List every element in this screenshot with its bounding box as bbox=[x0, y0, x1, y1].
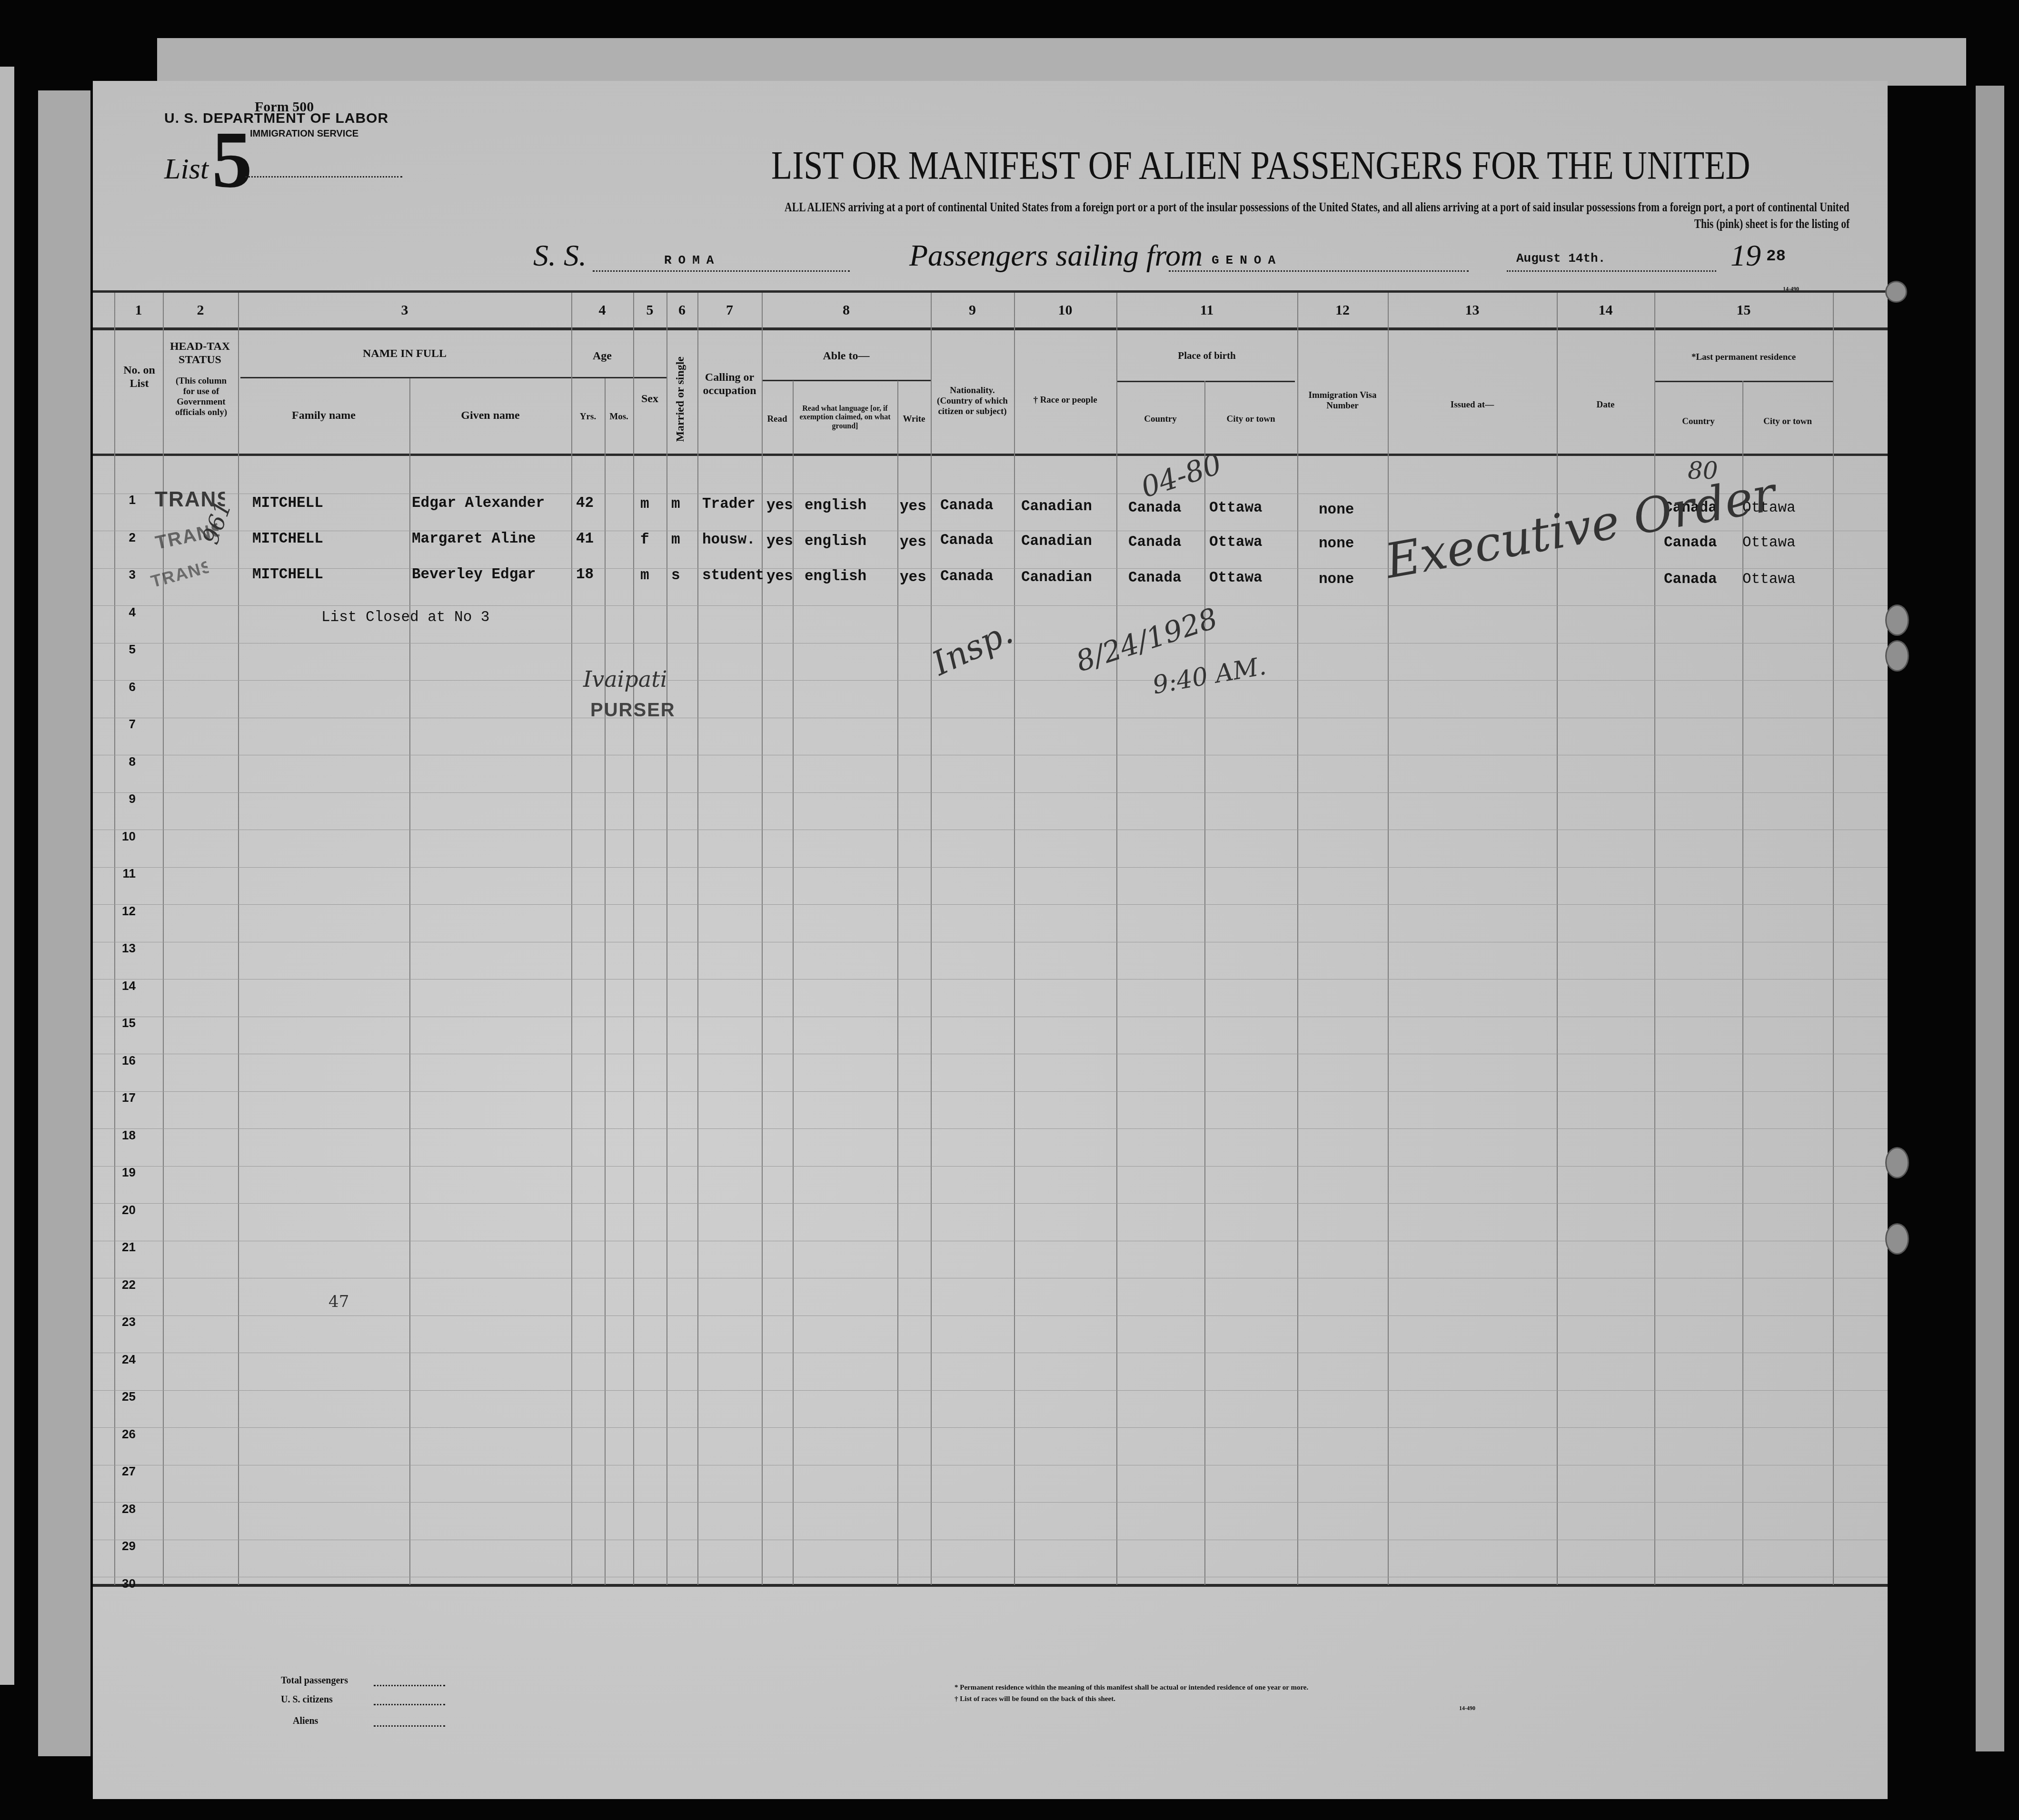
back-sheet-right bbox=[1976, 86, 2004, 1751]
row-line bbox=[93, 1278, 1888, 1278]
row-line bbox=[93, 680, 1888, 681]
language: english bbox=[805, 533, 866, 550]
col-divider bbox=[1204, 381, 1205, 1585]
header-name-in-full: NAME IN FULL bbox=[238, 347, 571, 361]
departure-port: GENOA bbox=[1212, 253, 1282, 267]
header-age-yrs: Yrs. bbox=[571, 412, 605, 422]
age-years: 42 bbox=[576, 495, 594, 512]
margin-number: 47 bbox=[328, 1292, 349, 1311]
footnote-residence: * Permanent residence within the meaning… bbox=[955, 1684, 1308, 1692]
total-passengers-line bbox=[374, 1685, 445, 1686]
birth-country: Canada bbox=[1128, 570, 1182, 586]
row-line bbox=[93, 904, 1888, 905]
inspection-time: 9:40 AM. bbox=[1151, 652, 1268, 700]
col-divider bbox=[1557, 293, 1558, 1585]
family-name: MITCHELL bbox=[252, 495, 323, 512]
sex: m bbox=[640, 567, 649, 584]
birth-city: Ottawa bbox=[1209, 500, 1263, 516]
service-label: IMMIGRATION SERVICE bbox=[250, 129, 358, 139]
header-given-name: Given name bbox=[409, 409, 571, 423]
race: Canadian bbox=[1021, 569, 1092, 586]
us-citizens-label: U. S. citizens bbox=[281, 1694, 333, 1705]
row-line bbox=[93, 1091, 1888, 1092]
row-line bbox=[93, 830, 1888, 830]
race: Canadian bbox=[1021, 533, 1092, 550]
page-title: LIST OR MANIFEST OF ALIEN PASSENGERS FOR… bbox=[771, 143, 1750, 189]
row-number: 13 bbox=[107, 941, 136, 956]
birth-sub-rule bbox=[1116, 381, 1295, 382]
row-number: 6 bbox=[107, 680, 136, 694]
nationality: Canada bbox=[940, 532, 994, 549]
col-num-7: 7 bbox=[697, 302, 762, 318]
col-divider bbox=[666, 293, 667, 1585]
executive-order-note: Executive Order bbox=[1381, 466, 1780, 589]
manifest-page: Form 500 U. S. DEPARTMENT OF LABOR IMMIG… bbox=[93, 81, 1888, 1799]
row-line bbox=[93, 792, 1888, 793]
family-name: MITCHELL bbox=[252, 531, 323, 547]
row-number: 10 bbox=[107, 829, 136, 844]
aliens-line bbox=[374, 1725, 445, 1727]
col-num-3: 3 bbox=[238, 302, 571, 318]
col-divider bbox=[1014, 293, 1015, 1585]
marital-status: m bbox=[671, 496, 680, 513]
given-name: Edgar Alexander bbox=[412, 495, 545, 512]
row-number: 26 bbox=[107, 1427, 136, 1442]
col-divider bbox=[605, 378, 606, 1585]
inspector-note: Insp. bbox=[926, 613, 1019, 683]
row-line bbox=[93, 1577, 1888, 1577]
visa-number: none bbox=[1319, 502, 1354, 518]
header-date: Date bbox=[1557, 400, 1654, 410]
residence-country: Canada bbox=[1664, 571, 1717, 588]
row-number: 12 bbox=[107, 904, 136, 919]
birth-city: Ottawa bbox=[1209, 534, 1263, 551]
name-sub-rule bbox=[240, 377, 666, 378]
header-no-on-list: No. on List bbox=[117, 364, 162, 390]
visa-number: none bbox=[1319, 535, 1354, 552]
row-number: 7 bbox=[107, 717, 136, 732]
row-line bbox=[93, 718, 1888, 718]
col-num-9: 9 bbox=[931, 302, 1014, 318]
col-num-14: 14 bbox=[1557, 302, 1654, 318]
list-label: List bbox=[164, 152, 209, 186]
col-divider bbox=[1742, 381, 1743, 1585]
sex: f bbox=[640, 532, 649, 548]
footer-code: 14-490 bbox=[1459, 1705, 1475, 1712]
row-number: 19 bbox=[107, 1165, 136, 1180]
row-number: 29 bbox=[107, 1539, 136, 1553]
row-number: 16 bbox=[107, 1053, 136, 1068]
row-number: 5 bbox=[107, 642, 136, 657]
us-citizens-line bbox=[374, 1704, 445, 1705]
write: yes bbox=[900, 569, 926, 586]
row-number: 17 bbox=[107, 1090, 136, 1105]
header-age: Age bbox=[571, 350, 633, 363]
punch-hole bbox=[1885, 1147, 1909, 1178]
head-tax-stamp: TRANSIT bbox=[155, 488, 252, 512]
col-divider bbox=[762, 293, 763, 1585]
sailing-label: Passengers sailing from bbox=[909, 238, 1203, 273]
row-number: 30 bbox=[107, 1576, 136, 1591]
row-line bbox=[93, 1054, 1888, 1054]
back-sheet-top bbox=[157, 38, 1966, 86]
row-number: 1 bbox=[107, 493, 136, 507]
write: yes bbox=[900, 534, 926, 551]
list-number-line bbox=[245, 176, 402, 178]
language: english bbox=[805, 568, 866, 585]
total-passengers-label: Total passengers bbox=[281, 1675, 348, 1686]
header-res-city: City or town bbox=[1742, 416, 1833, 427]
header-race: † Race or people bbox=[1014, 395, 1116, 406]
read: yes bbox=[766, 533, 793, 550]
col-divider bbox=[1833, 293, 1834, 1585]
header-head-tax-note: (This column for use of Government offic… bbox=[169, 376, 233, 417]
header-visa-number: Immigration Visa Number bbox=[1304, 390, 1381, 411]
row-number: 15 bbox=[107, 1016, 136, 1030]
row-line bbox=[93, 1465, 1888, 1465]
write: yes bbox=[900, 498, 926, 515]
row-number: 4 bbox=[107, 605, 136, 620]
row-line bbox=[93, 1203, 1888, 1204]
aliens-label: Aliens bbox=[293, 1716, 318, 1727]
row-line bbox=[93, 1128, 1888, 1129]
ship-name: ROMA bbox=[664, 253, 720, 267]
list-number: 5 bbox=[212, 119, 252, 200]
col-divider bbox=[238, 293, 239, 1585]
header-birth-city: City or town bbox=[1204, 414, 1297, 425]
header-read: Read bbox=[762, 414, 793, 425]
nationality: Canada bbox=[940, 568, 994, 585]
punch-hole bbox=[1885, 1223, 1909, 1255]
header-head-tax: HEAD-TAX STATUS bbox=[164, 340, 236, 366]
header-bottom-rule bbox=[93, 454, 1888, 456]
col-num-2: 2 bbox=[163, 302, 238, 318]
col-num-6: 6 bbox=[666, 302, 697, 318]
department-label: U. S. DEPARTMENT OF LABOR bbox=[164, 110, 388, 127]
col-num-10: 10 bbox=[1014, 302, 1116, 318]
header-read-language: Read what language [or, if exemption cla… bbox=[794, 405, 896, 431]
occupation: student bbox=[702, 567, 764, 584]
col-num-13: 13 bbox=[1388, 302, 1557, 318]
birth-country: Canada bbox=[1128, 500, 1182, 516]
row-number: 23 bbox=[107, 1315, 136, 1329]
visa-number: none bbox=[1319, 571, 1354, 588]
header-married-single: Married or single bbox=[674, 345, 687, 454]
row-line bbox=[93, 1017, 1888, 1017]
col-num-5: 5 bbox=[633, 302, 666, 318]
header-family-name: Family name bbox=[238, 409, 409, 423]
row-line bbox=[93, 1166, 1888, 1167]
row-number: 9 bbox=[107, 791, 136, 806]
back-sheet-left bbox=[0, 67, 14, 1685]
row-number: 21 bbox=[107, 1240, 136, 1255]
punch-hole bbox=[1885, 640, 1909, 672]
year-prefix: 19 bbox=[1731, 238, 1761, 273]
header-age-mos: Mos. bbox=[605, 412, 633, 422]
departure-date: August 14th. bbox=[1516, 251, 1605, 266]
col-divider bbox=[1116, 293, 1117, 1585]
header-last-residence: *Last permanent residence bbox=[1654, 352, 1833, 363]
row-number: 25 bbox=[107, 1389, 136, 1404]
purser-stamp: PURSER bbox=[590, 700, 676, 721]
col-divider bbox=[1297, 293, 1298, 1585]
row-number: 14 bbox=[107, 979, 136, 993]
row-number: 24 bbox=[107, 1352, 136, 1367]
punch-hole bbox=[1885, 281, 1907, 303]
col-num-8: 8 bbox=[762, 302, 931, 318]
col-divider bbox=[793, 381, 794, 1585]
header-birth-country: Country bbox=[1116, 414, 1204, 425]
row-line bbox=[93, 605, 1888, 606]
row-number: 22 bbox=[107, 1277, 136, 1292]
able-sub-rule bbox=[762, 380, 931, 381]
header-able-to: Able to— bbox=[762, 350, 931, 363]
col-divider bbox=[931, 293, 932, 1585]
row-number: 27 bbox=[107, 1464, 136, 1479]
row-line bbox=[93, 867, 1888, 868]
header-nationality: Nationality. (Country of which citizen o… bbox=[933, 386, 1012, 417]
row-line bbox=[93, 755, 1888, 755]
birth-city: Ottawa bbox=[1209, 570, 1263, 586]
row-number: 18 bbox=[107, 1128, 136, 1143]
col-num-4: 4 bbox=[571, 302, 633, 318]
row-number: 28 bbox=[107, 1502, 136, 1516]
col-divider bbox=[897, 381, 898, 1585]
marital-status: s bbox=[671, 567, 680, 584]
row-line bbox=[93, 979, 1888, 979]
year-suffix: 28 bbox=[1766, 247, 1786, 266]
row-number: 8 bbox=[107, 754, 136, 769]
occupation: Trader bbox=[702, 496, 756, 513]
date-line bbox=[1507, 270, 1716, 272]
col-divider bbox=[1388, 293, 1389, 1585]
header-write: Write bbox=[897, 414, 931, 425]
col-divider bbox=[571, 293, 572, 1585]
language: english bbox=[805, 497, 866, 514]
row-line bbox=[93, 1316, 1888, 1316]
sex: m bbox=[640, 496, 649, 513]
col-num-1: 1 bbox=[114, 302, 163, 318]
colnum-bottom-rule bbox=[93, 327, 1888, 330]
row-line bbox=[93, 1540, 1888, 1540]
col-divider bbox=[633, 293, 634, 1585]
punch-hole bbox=[1885, 604, 1909, 636]
head-tax-stamp: TRANSIT bbox=[149, 552, 232, 592]
row-number: 3 bbox=[107, 567, 136, 582]
family-name: MITCHELL bbox=[252, 566, 323, 583]
table-top-rule bbox=[93, 290, 1888, 293]
residence-city: Ottawa bbox=[1742, 534, 1796, 551]
header-res-country: Country bbox=[1654, 416, 1742, 427]
purser-signature: Ivaipati bbox=[583, 666, 667, 692]
row-line bbox=[93, 1390, 1888, 1391]
col-divider bbox=[409, 378, 410, 1585]
race: Canadian bbox=[1021, 498, 1092, 515]
row-line bbox=[93, 1427, 1888, 1428]
header-issued-at: Issued at— bbox=[1388, 400, 1557, 410]
marital-status: m bbox=[671, 532, 680, 548]
port-line bbox=[1169, 270, 1469, 272]
subtitle-line-2: This (pink) sheet is for the listing of bbox=[1694, 217, 1850, 231]
occupation: housw. bbox=[702, 532, 756, 548]
age-years: 41 bbox=[576, 531, 594, 547]
table-bottom-rule bbox=[93, 1584, 1888, 1587]
ss-label: S. S. bbox=[533, 238, 587, 273]
residence-sub-rule bbox=[1654, 381, 1833, 382]
subtitle-line-1: ALL ALIENS arriving at a port of contine… bbox=[785, 200, 1850, 215]
row-line bbox=[93, 1353, 1888, 1353]
given-name: Beverley Edgar bbox=[412, 566, 536, 583]
nationality: Canada bbox=[940, 497, 994, 514]
given-name: Margaret Aline bbox=[412, 531, 536, 547]
list-closed-note: List Closed at No 3 bbox=[321, 609, 489, 626]
col-num-15: 15 bbox=[1654, 302, 1833, 318]
header-occupation: Calling or occupation bbox=[702, 371, 757, 397]
row-line bbox=[93, 1241, 1888, 1241]
back-sheet-left-2 bbox=[38, 90, 90, 1756]
residence-city: Ottawa bbox=[1742, 571, 1796, 588]
row-number: 11 bbox=[107, 866, 136, 881]
col-num-11: 11 bbox=[1116, 302, 1297, 318]
header-place-of-birth: Place of birth bbox=[1116, 350, 1297, 361]
col-divider bbox=[697, 293, 698, 1585]
header-sex: Sex bbox=[633, 393, 666, 406]
row-line bbox=[93, 1502, 1888, 1503]
read: yes bbox=[766, 568, 793, 585]
footnote-races: † List of races will be found on the bac… bbox=[955, 1695, 1115, 1703]
row-number: 20 bbox=[107, 1203, 136, 1217]
ship-name-line bbox=[593, 270, 850, 272]
col-divider bbox=[163, 293, 164, 1585]
age-years: 18 bbox=[576, 566, 594, 583]
row-number: 2 bbox=[107, 530, 136, 545]
read: yes bbox=[766, 497, 793, 514]
row-line bbox=[93, 942, 1888, 942]
col-num-12: 12 bbox=[1297, 302, 1388, 318]
birth-country: Canada bbox=[1128, 534, 1182, 551]
